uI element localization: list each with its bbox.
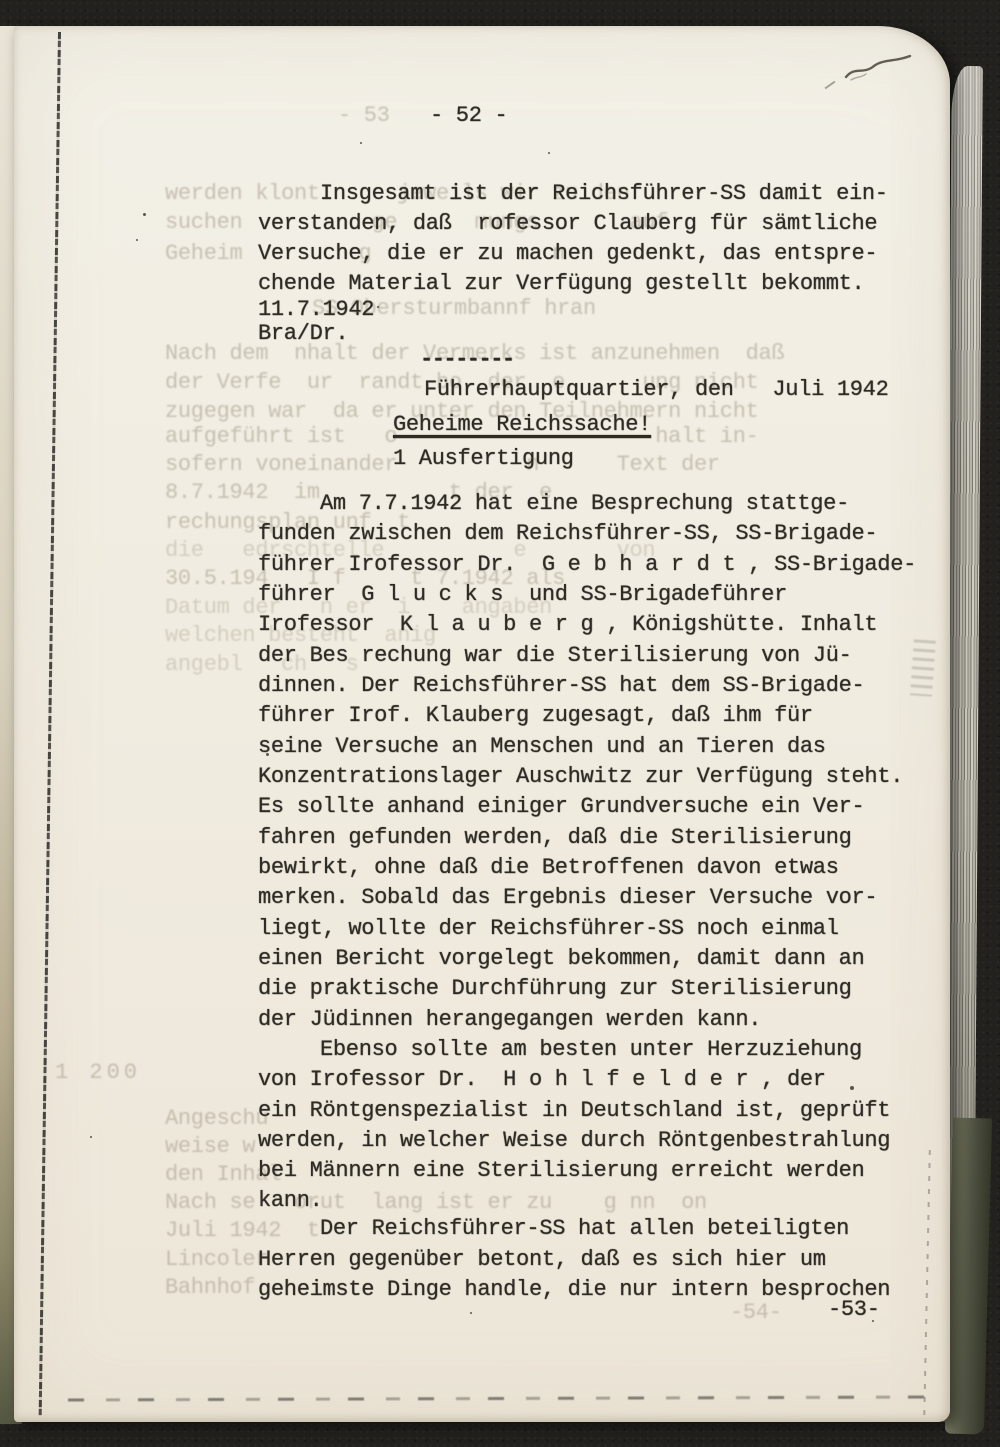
paper-speck	[850, 1086, 854, 1090]
document-page	[14, 26, 950, 1422]
paper-speck	[470, 1312, 472, 1314]
paper-speck	[377, 306, 379, 308]
paper-speck	[360, 142, 362, 144]
scanned-book-photo: - 53werden klont jeweils wir zu densuche…	[0, 0, 1000, 1447]
paper-speck	[872, 1320, 874, 1322]
paper-speck	[143, 213, 146, 216]
paper-speck	[136, 239, 138, 241]
ink-smudge	[910, 639, 936, 696]
paper-speck	[90, 1136, 92, 1138]
paper-speck	[548, 152, 550, 154]
paper-speck	[266, 753, 269, 756]
handwritten-mark	[843, 50, 915, 84]
book-cover-edge	[945, 1118, 992, 1435]
